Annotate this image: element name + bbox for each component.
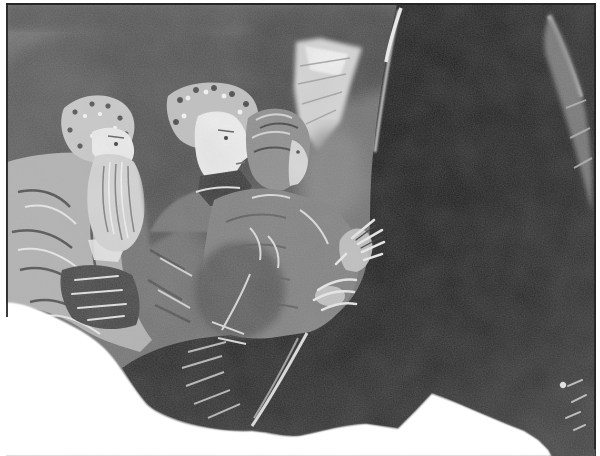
illustration-plate: Black-and-white halftone book illustrati… bbox=[0, 0, 600, 456]
cave-illustration: Black-and-white halftone book illustrati… bbox=[0, 0, 600, 456]
